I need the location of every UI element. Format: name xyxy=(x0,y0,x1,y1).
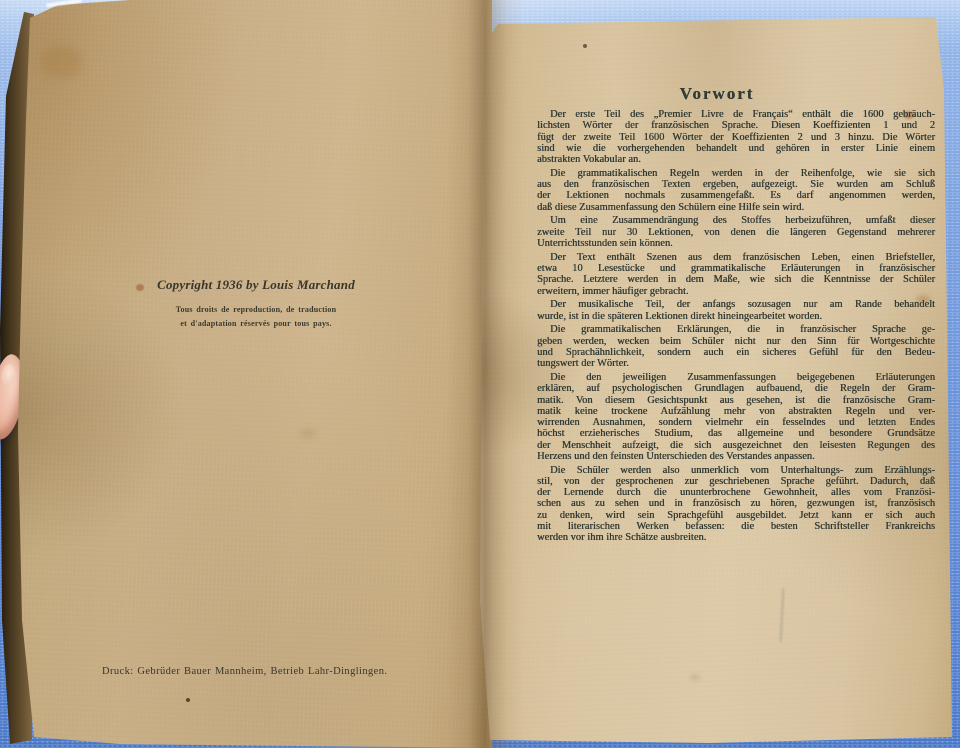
text-line: der Lektionen nochmals zusammengefaßt. E… xyxy=(537,190,935,201)
text-line: zu denken, wird sein Sprachgefühl ausgeb… xyxy=(537,510,935,521)
text-line: schen aus zu sehen und in französisch zu… xyxy=(537,498,935,509)
text-line: Die grammatikalischen Regeln werden in d… xyxy=(537,168,935,179)
copyright-line: Copyright 1936 by Louis Marchand xyxy=(150,277,362,293)
text-line: Die den jeweiligen Zusammenfassungen bei… xyxy=(537,372,935,383)
text-line: zweite Teil nur 30 Lektionen, von denen … xyxy=(537,227,935,238)
text-line: lichsten Wörter der französischen Sprach… xyxy=(537,120,935,131)
paragraph: Die den jeweiligen Zusammenfassungen bei… xyxy=(537,372,935,462)
stain-spot xyxy=(300,428,316,439)
text-line: Der erste Teil des „Premier Livre de Fra… xyxy=(537,109,935,120)
paragraph: Die grammatikalischen Erklärungen, die i… xyxy=(537,324,935,369)
paragraph: Der Text enthält Szenen aus dem französi… xyxy=(537,252,935,297)
text-line: geben werden, wecken beim Schüler nicht … xyxy=(537,336,935,347)
paragraph: Der erste Teil des „Premier Livre de Fra… xyxy=(537,109,935,165)
stain-spot xyxy=(186,698,190,702)
text-line: stil, von der gesprochenen zur geschrieb… xyxy=(537,476,935,487)
text-line: abstrakten Vokabular an. xyxy=(537,154,935,165)
rights-notice: Tous droits de reproduction, de traducti… xyxy=(150,303,362,330)
text-line: sind wie die vorhergehenden behandelt un… xyxy=(537,143,935,154)
printer-line: Druck: Gebrüder Bauer Mannheim, Betrieb … xyxy=(102,665,387,679)
text-line: und Sprachähnlichkeit, sondern auch ein … xyxy=(537,347,935,358)
text-line: matik keine trockene Aufzählung mehr von… xyxy=(537,406,935,417)
page-title: Vorwort xyxy=(537,84,897,104)
foreword-text-block: Vorwort Der erste Teil des „Premier Livr… xyxy=(537,84,935,546)
text-line: Der musikalische Teil, der anfangs sozus… xyxy=(537,299,935,310)
paragraph: Der musikalische Teil, der anfangs sozus… xyxy=(537,299,935,322)
text-line: erklären, auf psychologischen Grundlagen… xyxy=(537,383,935,394)
text-line: Der Text enthält Szenen aus dem französi… xyxy=(537,252,935,263)
text-line: wurde, ist in die späteren Lektionen dir… xyxy=(537,311,935,322)
gutter-shadow xyxy=(446,0,524,748)
text-line: aus den französischen Texten ergeben, au… xyxy=(537,179,935,190)
left-page xyxy=(0,0,492,748)
text-line: werden vor ihm ihre Schätze ausbreiten. xyxy=(537,532,935,543)
text-line: Die grammatikalischen Erklärungen, die i… xyxy=(537,324,935,335)
text-line: Die Schüler werden also unmerklich vom U… xyxy=(537,465,935,476)
stain-spot xyxy=(136,284,144,291)
text-line: erweitern, immer häufiger gebracht. xyxy=(537,286,935,297)
text-line: der Menschheit aufzeigt, die sich ausgez… xyxy=(537,440,935,451)
paragraph: Um eine Zusammendrängung des Stoffes her… xyxy=(537,215,935,249)
text-line: Sprache. Letztere werden in dem Maße, wi… xyxy=(537,274,935,285)
text-line: fügt der zweite Teil 1600 Wörter der Koe… xyxy=(537,132,935,143)
text-line: mit literarischen Werken befassen: die b… xyxy=(537,521,935,532)
text-line: daß diese Zusammenfassung den Schülern e… xyxy=(537,202,935,213)
fingernail xyxy=(0,363,17,387)
stain-spot xyxy=(690,674,700,681)
paragraph: Die grammatikalischen Regeln werden in d… xyxy=(537,168,935,213)
text-line: tungswert der Wörter. xyxy=(537,358,935,369)
text-line: wirrenden Ausnahmen, sondern vielmehr ei… xyxy=(537,417,935,428)
rights-line: et d'adaptation réservés pour tous pays. xyxy=(150,317,362,331)
text-line: Um eine Zusammendrängung des Stoffes her… xyxy=(537,215,935,226)
stain-spot xyxy=(583,44,587,48)
foreword-paragraphs: Der erste Teil des „Premier Livre de Fra… xyxy=(537,109,935,543)
text-line: der Lernende durch die ununterbrochene G… xyxy=(537,487,935,498)
book-photo: Copyright 1936 by Louis Marchand Tous dr… xyxy=(0,0,960,748)
text-line: Herzens und den feinsten Unterschieden d… xyxy=(537,451,935,462)
text-line: etwa 10 Lesestücke und grammatikalische … xyxy=(537,263,935,274)
text-line: Unterrichtsstunden sein können. xyxy=(537,238,935,249)
text-line: matik. Von diesem Gesichtspunkt aus gese… xyxy=(537,395,935,406)
stain-spot xyxy=(40,46,82,78)
rights-line: Tous droits de reproduction, de traducti… xyxy=(150,303,362,317)
text-line: höchst erzieherisches Studium, das allge… xyxy=(537,428,935,439)
paragraph: Die Schüler werden also unmerklich vom U… xyxy=(537,465,935,544)
